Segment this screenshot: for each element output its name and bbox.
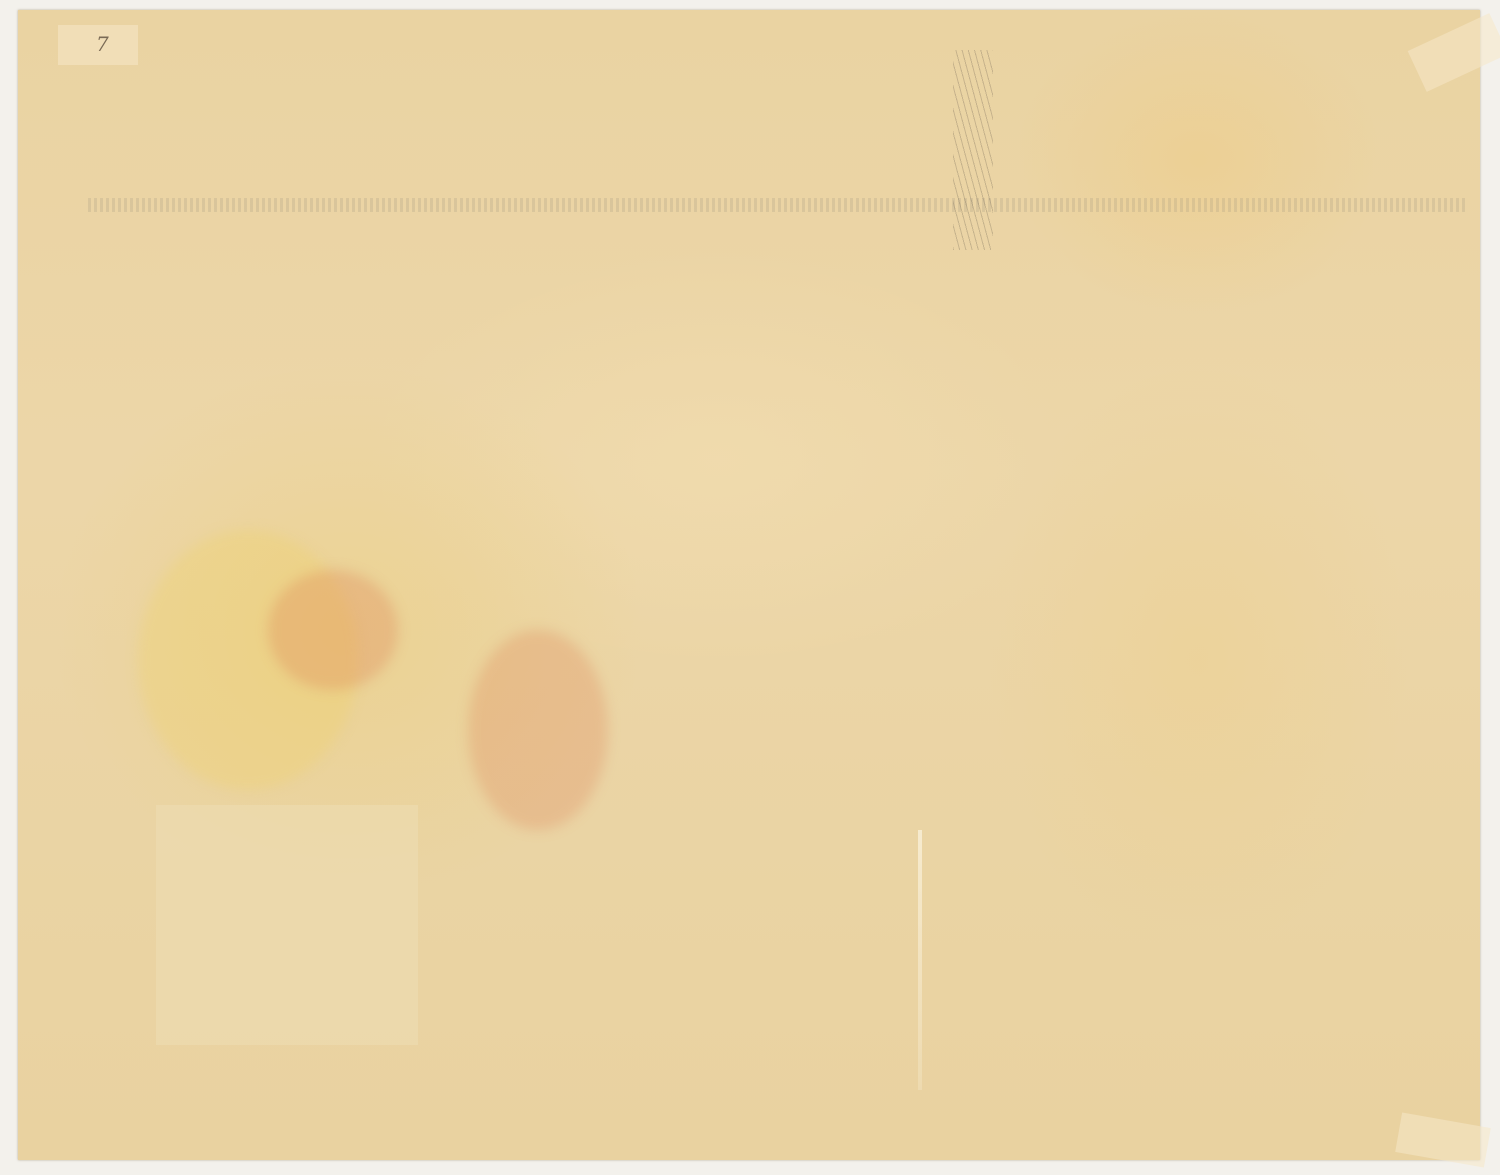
red-stain	[468, 630, 608, 830]
pencil-marks	[953, 50, 993, 250]
show-through-text-band	[88, 198, 1468, 212]
handwritten-mark: 7	[96, 32, 109, 56]
show-through-box	[156, 805, 418, 1045]
red-stain	[268, 570, 398, 690]
paper-crease	[918, 830, 922, 1090]
tape-remnant	[1395, 1112, 1491, 1167]
paper-sheet: 7	[18, 10, 1480, 1160]
tape-remnant	[1408, 13, 1500, 92]
